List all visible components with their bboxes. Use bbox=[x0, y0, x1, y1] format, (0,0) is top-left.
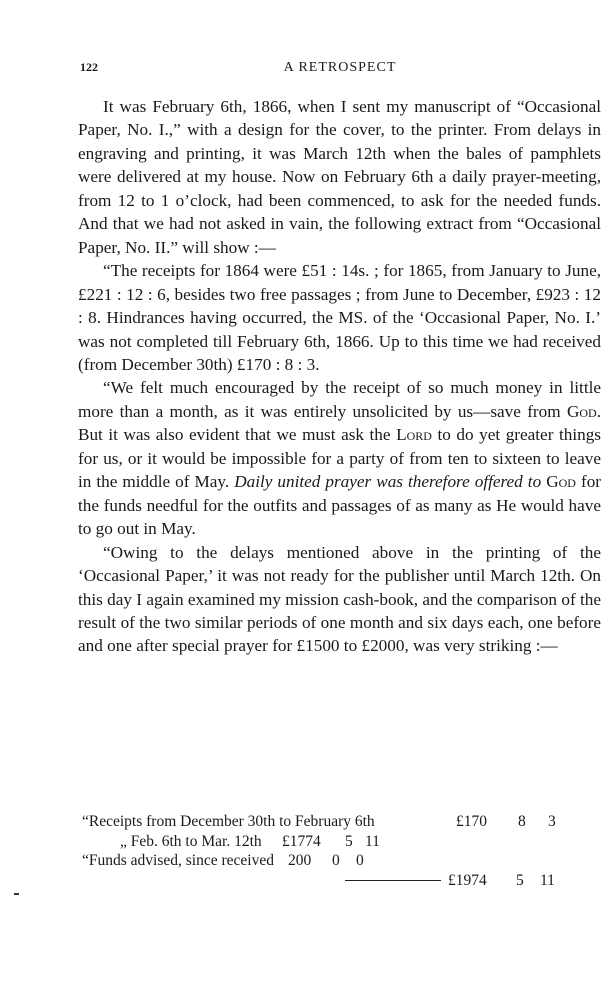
ledger-label: „ Feb. 6th to Mar. 12th bbox=[120, 832, 262, 851]
ledger-label: “Receipts from December 30th to February… bbox=[82, 812, 375, 831]
ledger-total-pounds: £1974 bbox=[448, 871, 487, 890]
ledger-row: “Funds advised, since received 200 0 0 bbox=[82, 851, 602, 871]
italic-emphasis: Daily united prayer was therefore offere… bbox=[234, 472, 541, 491]
ledger-shillings: 8 bbox=[518, 812, 526, 831]
ledger-table: “Receipts from December 30th to February… bbox=[82, 812, 602, 890]
ledger-shillings: 5 bbox=[345, 832, 353, 851]
margin-mark bbox=[14, 893, 19, 895]
ledger-label: “Funds advised, since received bbox=[82, 851, 274, 870]
page-header: 122 A RETROSPECT bbox=[80, 60, 600, 80]
paragraph: “We felt much encouraged by the receipt … bbox=[78, 376, 601, 540]
paragraph: It was February 6th, 1866, when I sent m… bbox=[78, 95, 601, 259]
ledger-pounds: £170 bbox=[456, 812, 487, 831]
small-caps-god: God bbox=[567, 402, 597, 421]
ledger-pence: 11 bbox=[365, 832, 380, 851]
paragraph: “Owing to the delays mentioned above in … bbox=[78, 541, 601, 658]
ledger-total-pence: 11 bbox=[540, 871, 555, 890]
small-caps-god: God bbox=[546, 472, 576, 491]
ledger-row: „ Feb. 6th to Mar. 12th £1774 5 11 bbox=[82, 832, 602, 852]
body-text: It was February 6th, 1866, when I sent m… bbox=[78, 95, 601, 658]
total-rule bbox=[345, 880, 441, 881]
ledger-pounds: £1774 bbox=[282, 832, 321, 851]
ledger-row: “Receipts from December 30th to February… bbox=[82, 812, 602, 832]
ledger-total-shillings: 5 bbox=[516, 871, 524, 890]
ledger-shillings: 0 bbox=[332, 851, 340, 870]
paragraph: “The receipts for 1864 were £51 : 14s. ;… bbox=[78, 259, 601, 376]
running-title: A RETROSPECT bbox=[80, 60, 600, 76]
ledger-pounds: 200 bbox=[288, 851, 311, 870]
book-page: 122 A RETROSPECT It was February 6th, 18… bbox=[0, 0, 614, 1000]
ledger-total-row: £1974 5 11 bbox=[82, 871, 602, 891]
ledger-pence: 3 bbox=[548, 812, 556, 831]
small-caps-lord: Lord bbox=[396, 425, 432, 444]
ledger-pence: 0 bbox=[356, 851, 364, 870]
